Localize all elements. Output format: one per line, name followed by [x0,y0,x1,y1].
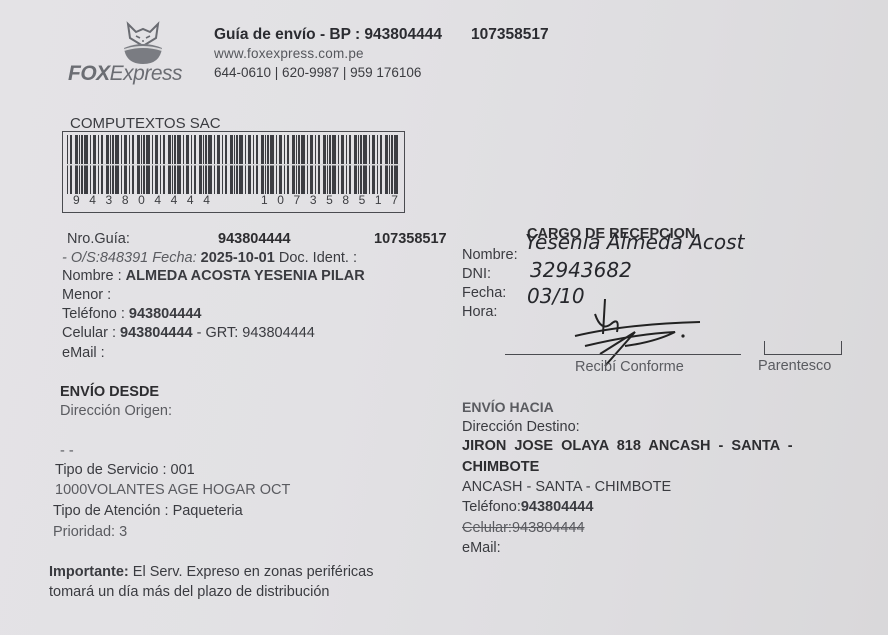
destination-email-label: eMail: [462,540,501,556]
attention-type: Tipo de Atención : Paqueteria [53,503,243,519]
receipt-nombre-handwritten: Yesenia Almeda Acost [525,230,744,254]
destination-address-line2: CHIMBOTE [462,459,539,475]
barcode: 943804444 107358517 [62,131,405,213]
service-type: Tipo de Servicio : 001 [55,462,195,478]
logo-wordmark: FOXExpress [68,62,182,86]
menor-label: Menor : [62,287,111,303]
receipt-nombre-label: Nombre: [462,247,518,263]
telefono-row: Teléfono : 943804444 [62,306,202,322]
origin-dashes: - - [60,443,74,459]
nombre-value: ALMEDA ACOSTA YESENIA PILAR [126,268,365,284]
nro-guia-label: Nro.Guía: [67,231,130,247]
origin-title: ENVÍO DESDE [60,384,159,400]
barcode-digits-right: 107358517 [261,193,407,207]
receipt-dni-handwritten: 32943682 [530,258,632,282]
nro-guia-code: 107358517 [374,231,447,247]
notice-line1: Importante: El Serv. Expreso en zonas pe… [49,564,373,580]
notice-line2: tomará un día más del plazo de distribuc… [49,584,330,600]
receipt-dni-label: DNI: [462,266,491,282]
signature-line [505,354,741,355]
fox-express-logo: FOXExpress [66,18,206,88]
destination-celular: Celular:943804444 [462,520,585,536]
destination-telefono-row: Teléfono:943804444 [462,499,593,515]
fox-icon [118,20,168,66]
receipt-hora-label: Hora: [462,304,497,320]
website-link[interactable]: www.foxexpress.com.pe [214,46,364,61]
barcode-bars [67,135,400,194]
service-description: 1000VOLANTES AGE HOGAR OCT [55,482,290,498]
barcode-digits-left: 943804444 [73,193,219,207]
guide-title: Guía de envío - BP : 943804444 [214,26,442,44]
guide-code: 107358517 [471,26,549,44]
nombre-row: Nombre : ALMEDA ACOSTA YESENIA PILAR [62,268,365,284]
os-line: - O/S:848391 Fecha: 2025-10-01 Doc. Iden… [62,250,357,266]
sender-company: COMPUTEXTOS SAC [70,115,221,132]
destination-region: ANCASH - SANTA - CHIMBOTE [462,479,671,495]
destination-address-label: Dirección Destino: [462,419,580,435]
parentesco-box [764,341,842,355]
priority: Prioridad: 3 [53,524,127,540]
contact-phones: 644-0610 | 620-9987 | 959 176106 [214,65,421,80]
parentesco-label: Parentesco [758,358,831,374]
origin-address-label: Dirección Origen: [60,403,172,419]
nro-guia-value: 943804444 [218,231,291,247]
destination-address-line1: JIRON JOSE OLAYA 818 ANCASH - SANTA - [462,438,793,454]
fecha-value: 2025-10-01 [201,250,275,266]
signature-label: Recibí Conforme [575,359,684,375]
receipt-fecha-label: Fecha: [462,285,506,301]
email-label: eMail : [62,345,105,361]
celular-row: Celular : 943804444 - GRT: 943804444 [62,325,315,341]
destination-title: ENVÍO HACIA [462,399,554,415]
